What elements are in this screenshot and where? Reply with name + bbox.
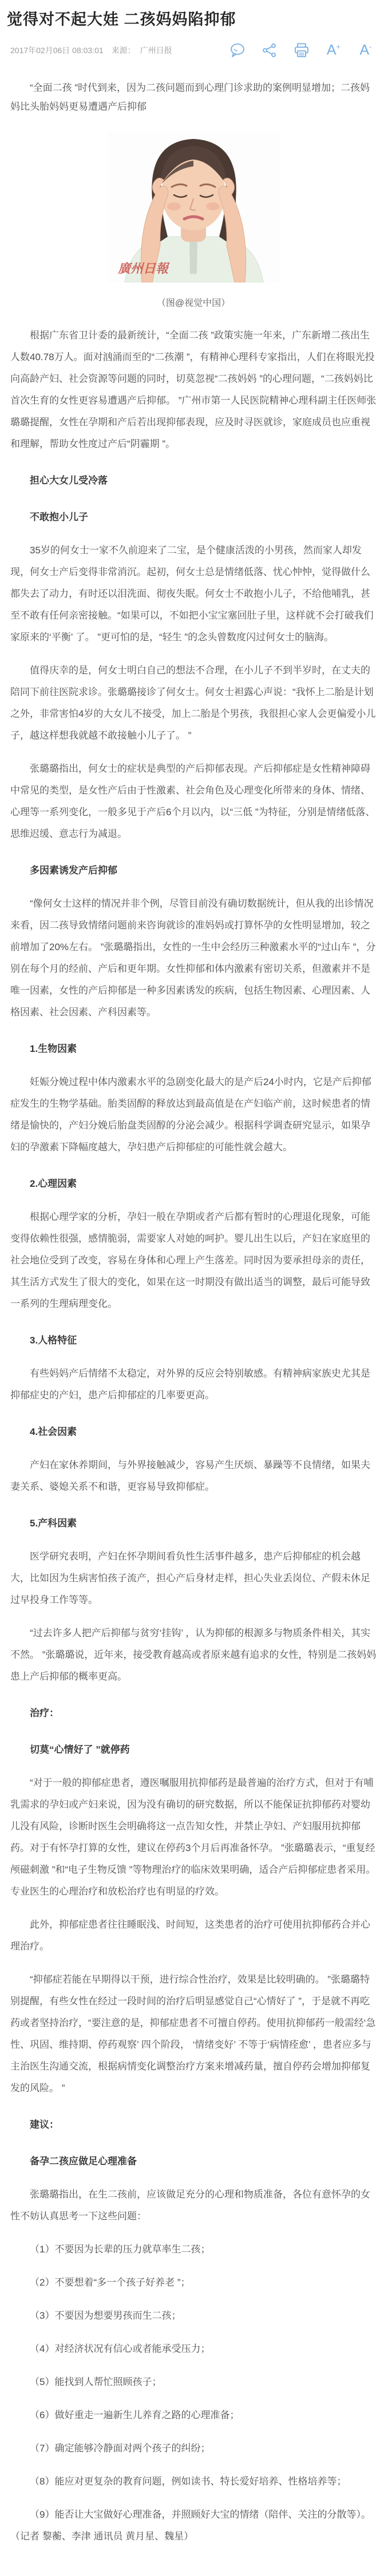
article-paragraph: 根据心理学家的分析，孕妇一般在孕期或者产后都有暂时的心理退化现象，可能变得依赖性…: [10, 1206, 377, 1315]
section-heading: 担心大女儿受冷落: [10, 470, 377, 492]
article-paragraph: （4）对经济状况有信心或者能承受压力；: [10, 2338, 377, 2360]
section-heading: 备孕二孩应做足心理准备: [10, 2151, 377, 2172]
section-heading: 2.心理因素: [10, 1173, 377, 1195]
article-paragraph: 根据广东省卫计委的最新统计，“全面二孩 ”政策实施一年来，广东新增二孩出生人数4…: [10, 325, 377, 455]
font-decrease-button[interactable]: A-: [357, 42, 374, 59]
section-heading: 1.生物因素: [10, 1038, 377, 1060]
article-meta: 2017年02月06日 08:03:01 来源： 广州日报: [10, 42, 377, 59]
article-paragraph: （1）不要因为长辈的压力就草率生二孩；: [10, 2239, 377, 2260]
font-increase-button[interactable]: A+: [325, 42, 342, 59]
section-heading: 不敢抱小儿子: [10, 507, 377, 528]
section-heading: 建议：: [10, 2114, 377, 2136]
article-paragraph: “抑郁症若能在早期得以干预，进行综合性治疗，效果是比较明确的。 ”张璐璐特别提醒…: [10, 1969, 377, 2099]
article-body: 根据广东省卫计委的最新统计，“全面二孩 ”政策实施一年来，广东新增二孩出生人数4…: [10, 325, 377, 2547]
font-increase-icon: A+: [327, 43, 341, 57]
article-paragraph: （3）不要因为想要男孩而生二孩；: [10, 2305, 377, 2327]
newspaper-watermark: 廣州日報: [117, 261, 170, 276]
figure-caption: （图@视觉中国）: [10, 296, 377, 309]
article-paragraph: （6）做好重走一遍新生儿养育之路的心理准备；: [10, 2404, 377, 2426]
section-heading: 多因素诱发产后抑郁: [10, 860, 377, 882]
article-paragraph: “对于一般的抑郁症患者，遵医嘱服用抗抑郁药是最普遍的治疗方式，但对于有哺乳需求的…: [10, 1772, 377, 1903]
article-paragraph: 张璐璐指出，在生二孩前，应该做足充分的心理和物质准备，各位有意怀孕的女性不妨认真…: [10, 2184, 377, 2227]
publish-datetime: 2017年02月06日 08:03:01: [10, 45, 104, 56]
article-paragraph: “像何女士这样的情况并非个例，尽管目前没有确切数据统计，但从我的出诊情况来看，因…: [10, 893, 377, 1023]
article-paragraph: 35岁的何女士一家不久前迎来了二宝，是个健康活泼的小男孩，然而家人却发现，何女士…: [10, 540, 377, 648]
article-page: 觉得对不起大娃 二孩妈妈陷抑郁 2017年02月06日 08:03:01 来源：…: [0, 0, 388, 2576]
article-paragraph: （5）能找到人帮忙照顾孩子；: [10, 2371, 377, 2393]
source-name[interactable]: 广州日报: [140, 45, 172, 56]
print-button[interactable]: [293, 42, 310, 59]
source-label: 来源：: [112, 45, 136, 56]
meta-left: 2017年02月06日 08:03:01 来源： 广州日报: [10, 45, 172, 56]
share-icon: [262, 43, 277, 58]
article-paragraph: 产妇在家休养期间，与外界接触减少，容易产生厌烦、暴躁等不良情绪，如果夫妻关系、婆…: [10, 1454, 377, 1498]
article-paragraph: 张璐璐指出，何女士的症状是典型的产后抑郁表现。产后抑郁症是女性精神障碍中常见的类…: [10, 758, 377, 845]
page-title: 觉得对不起大娃 二孩妈妈陷抑郁: [7, 7, 377, 29]
comment-button[interactable]: [229, 42, 246, 59]
article-paragraph: （9）能否让大宝做好心理准备，并照顾好大宝的情绪（陪伴、关注的分散等）。（记者 …: [10, 2504, 377, 2547]
share-button[interactable]: [261, 42, 278, 59]
section-heading: 4.社会因素: [10, 1421, 377, 1443]
comment-icon: [229, 43, 246, 58]
article-toolbar: A+ A-: [229, 42, 377, 59]
article-paragraph: 值得庆幸的是，何女士明白自己的想法不合理，在小儿子不到半岁时，在丈夫的陪同下前往…: [10, 660, 377, 747]
article-paragraph: 有些妈妈产后情绪不太稳定，对外界的反应会特别敏感。有精神病家族史尤其是抑郁症史的…: [10, 1363, 377, 1406]
section-heading: 治疗：: [10, 1702, 377, 1724]
article-paragraph: 妊娠分娩过程中体内激素水平的急剧变化最大的是产后24小时内，它是产后抑郁症发生的…: [10, 1071, 377, 1158]
section-heading: 切莫“心情好了 ”就停药: [10, 1739, 377, 1761]
article-paragraph: “过去许多人把产后抑郁与贫穷‘挂钩’ ，认为抑郁的根源多与物质条件相关，其实不然…: [10, 1622, 377, 1688]
article-paragraph: 医学研究表明，产妇在怀孕期间看负性生活事件越多，患产后抑郁症的机会越大，比如因为…: [10, 1546, 377, 1611]
print-icon: [294, 43, 310, 58]
section-heading: 3.人格特征: [10, 1330, 377, 1351]
font-decrease-icon: A-: [359, 43, 371, 57]
woman-headache-photo-illustration: 廣州日報: [108, 131, 279, 282]
article-summary: “全面二孩 ”时代到来，因为二孩问题而到心理门诊求助的案例明显增加；二孩妈妈比头…: [10, 78, 377, 116]
article-paragraph: （7）确定能够冷静面对两个孩子的纠纷；: [10, 2438, 377, 2459]
article-photo: 廣州日報: [108, 131, 279, 282]
article-paragraph: （8）能应对更复杂的教育问题，例如读书、特长爱好培养、性格培养等；: [10, 2471, 377, 2493]
section-heading: 5.产科因素: [10, 1513, 377, 1534]
article-paragraph: （2）不要想着“多一个孩子好养老 ”；: [10, 2272, 377, 2294]
article-figure: 廣州日報 （图@视觉中国）: [10, 131, 377, 309]
article-paragraph: 此外，抑郁症患者往往睡眠浅、时间短，这类患者的治疗可使用抗抑郁药合并心理治疗。: [10, 1914, 377, 1957]
